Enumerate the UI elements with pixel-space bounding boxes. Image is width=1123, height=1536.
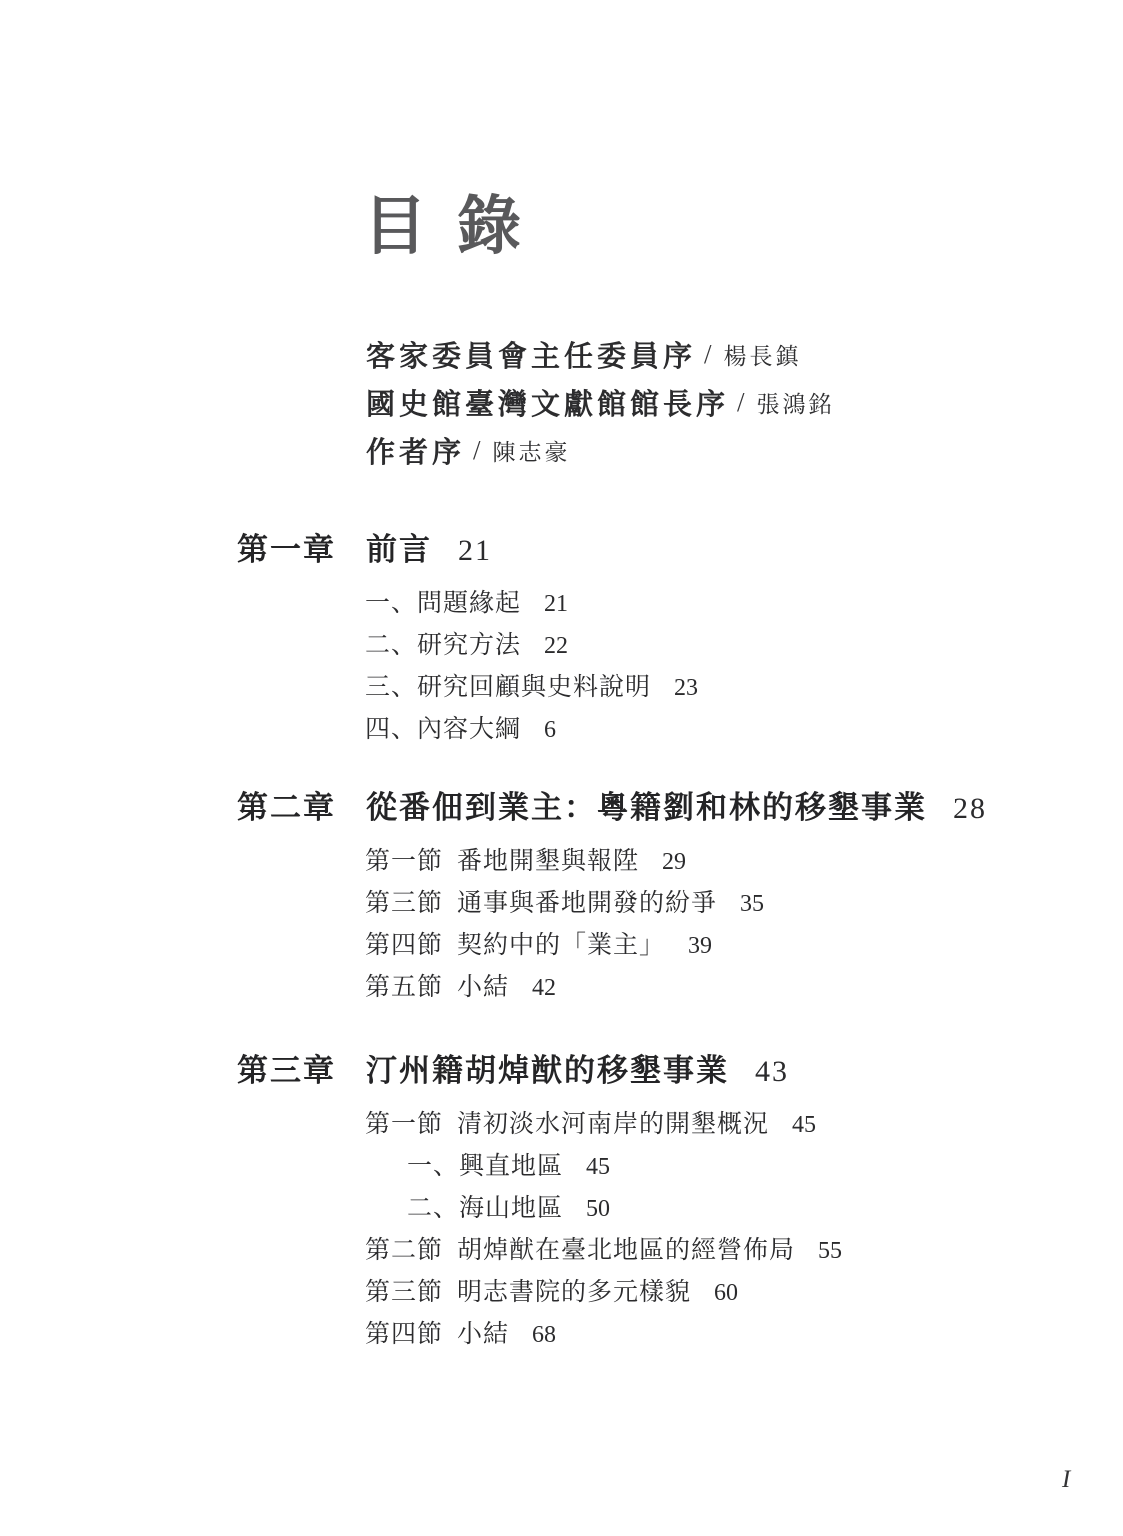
entry-page-number: 21	[544, 591, 568, 617]
toc-entry: 第三節明志書院的多元樣貌60	[365, 1272, 1123, 1314]
preface-item: 客家委員會主任委員序 / 楊長鎮	[366, 330, 835, 378]
toc-entry: 一、興直地區45	[407, 1146, 1123, 1188]
entry-page-number: 50	[586, 1196, 610, 1222]
entry-text: 一、興直地區	[407, 1153, 563, 1180]
chapter-entries: 一、問題緣起21 二、研究方法22 三、研究回顧與史料說明23 四、內容大綱6	[0, 583, 1123, 751]
entry-page-number: 60	[714, 1280, 738, 1306]
preface-separator: /	[473, 435, 481, 466]
chapter-page-number: 21	[458, 534, 492, 567]
chapter-block-2: 第二章從番佃到業主：粵籍劉和林的移墾事業28 第一節番地開墾與報陞29 第三節通…	[0, 786, 1123, 1009]
entry-text: 通事與番地開發的紛爭	[457, 890, 717, 917]
entry-page-number: 42	[532, 975, 556, 1001]
chapter-block-1: 第一章前言21 一、問題緣起21 二、研究方法22 三、研究回顧與史料說明23 …	[0, 528, 1123, 751]
preface-list: 客家委員會主任委員序 / 楊長鎮 國史館臺灣文獻館館長序 / 張鴻銘 作者序 /…	[366, 330, 835, 474]
entry-text: 胡焯猷在臺北地區的經營佈局	[457, 1237, 795, 1264]
entry-text: 小結	[457, 974, 509, 1001]
folio-page-number: I	[1062, 1466, 1070, 1494]
toc-entry: 一、問題緣起21	[365, 583, 1123, 625]
entry-text: 三、研究回顧與史料說明	[365, 674, 651, 701]
preface-title: 作者序	[366, 430, 465, 471]
entry-text: 一、問題緣起	[365, 590, 521, 617]
preface-title: 客家委員會主任委員序	[366, 334, 696, 375]
entry-text: 小結	[457, 1321, 509, 1348]
chapter-title: 從番佃到業主：粵籍劉和林的移墾事業	[366, 790, 927, 825]
entry-page-number: 22	[544, 633, 568, 659]
chapter-label: 第一章	[237, 528, 366, 572]
chapter-label: 第三章	[237, 1049, 366, 1093]
entry-text: 四、內容大綱	[365, 716, 521, 743]
chapter-block-3: 第三章汀州籍胡焯猷的移墾事業43 第一節清初淡水河南岸的開墾概況45 一、興直地…	[0, 1049, 1123, 1356]
entry-page-number: 45	[586, 1154, 610, 1180]
entry-text: 番地開墾與報陞	[457, 848, 639, 875]
toc-entry: 第五節小結42	[365, 967, 1123, 1009]
entry-page-number: 6	[544, 717, 556, 743]
entry-text: 清初淡水河南岸的開墾概況	[457, 1111, 769, 1138]
toc-entry: 三、研究回顧與史料說明23	[365, 667, 1123, 709]
section-label: 第一節	[365, 1104, 457, 1146]
preface-item: 作者序 / 陳志豪	[366, 426, 835, 474]
entry-page-number: 35	[740, 891, 764, 917]
toc-entry: 二、海山地區50	[407, 1188, 1123, 1230]
preface-author: 張鴻銘	[757, 386, 835, 419]
toc-entry: 第一節清初淡水河南岸的開墾概況45	[365, 1104, 1123, 1146]
entry-text: 二、研究方法	[365, 632, 521, 659]
section-label: 第三節	[365, 883, 457, 925]
section-label: 第四節	[365, 1314, 457, 1356]
toc-entry: 第一節番地開墾與報陞29	[365, 841, 1123, 883]
entry-page-number: 55	[818, 1238, 842, 1264]
chapter-heading: 第三章汀州籍胡焯猷的移墾事業43	[237, 1049, 1123, 1094]
preface-title: 國史館臺灣文獻館館長序	[366, 382, 729, 423]
toc-entry: 第四節契約中的「業主」39	[365, 925, 1123, 967]
chapter-entries: 第一節番地開墾與報陞29 第三節通事與番地開發的紛爭35 第四節契約中的「業主」…	[0, 841, 1123, 1009]
page-title: 目 錄	[363, 190, 528, 264]
chapter-entries: 第一節清初淡水河南岸的開墾概況45 一、興直地區45 二、海山地區50 第二節胡…	[0, 1104, 1123, 1356]
chapter-label: 第二章	[237, 786, 366, 830]
chapter-page-number: 43	[755, 1055, 789, 1088]
section-label: 第五節	[365, 967, 457, 1009]
section-label: 第四節	[365, 925, 457, 967]
preface-author: 楊長鎮	[724, 338, 802, 371]
entry-page-number: 29	[662, 849, 686, 875]
chapter-page-number: 28	[953, 792, 987, 825]
entry-text: 明志書院的多元樣貌	[457, 1279, 691, 1306]
entry-text: 二、海山地區	[407, 1195, 563, 1222]
toc-page: 目 錄 客家委員會主任委員序 / 楊長鎮 國史館臺灣文獻館館長序 / 張鴻銘 作…	[0, 0, 1123, 1536]
section-label: 第一節	[365, 841, 457, 883]
preface-separator: /	[704, 339, 712, 370]
toc-entry: 四、內容大綱6	[365, 709, 1123, 751]
preface-item: 國史館臺灣文獻館館長序 / 張鴻銘	[366, 378, 835, 426]
preface-author: 陳志豪	[493, 434, 571, 467]
chapter-title: 汀州籍胡焯猷的移墾事業	[366, 1053, 729, 1088]
entry-page-number: 68	[532, 1322, 556, 1348]
chapter-title: 前言	[366, 532, 432, 567]
entry-page-number: 39	[688, 933, 712, 959]
toc-entry: 第三節通事與番地開發的紛爭35	[365, 883, 1123, 925]
toc-entry: 第四節小結68	[365, 1314, 1123, 1356]
toc-entry: 二、研究方法22	[365, 625, 1123, 667]
chapter-heading: 第二章從番佃到業主：粵籍劉和林的移墾事業28	[237, 786, 1123, 831]
preface-separator: /	[737, 387, 745, 418]
section-label: 第三節	[365, 1272, 457, 1314]
chapter-heading: 第一章前言21	[237, 528, 1123, 573]
section-label: 第二節	[365, 1230, 457, 1272]
entry-page-number: 23	[674, 675, 698, 701]
entry-page-number: 45	[792, 1112, 816, 1138]
entry-text: 契約中的「業主」	[457, 932, 665, 959]
toc-entry: 第二節胡焯猷在臺北地區的經營佈局55	[365, 1230, 1123, 1272]
